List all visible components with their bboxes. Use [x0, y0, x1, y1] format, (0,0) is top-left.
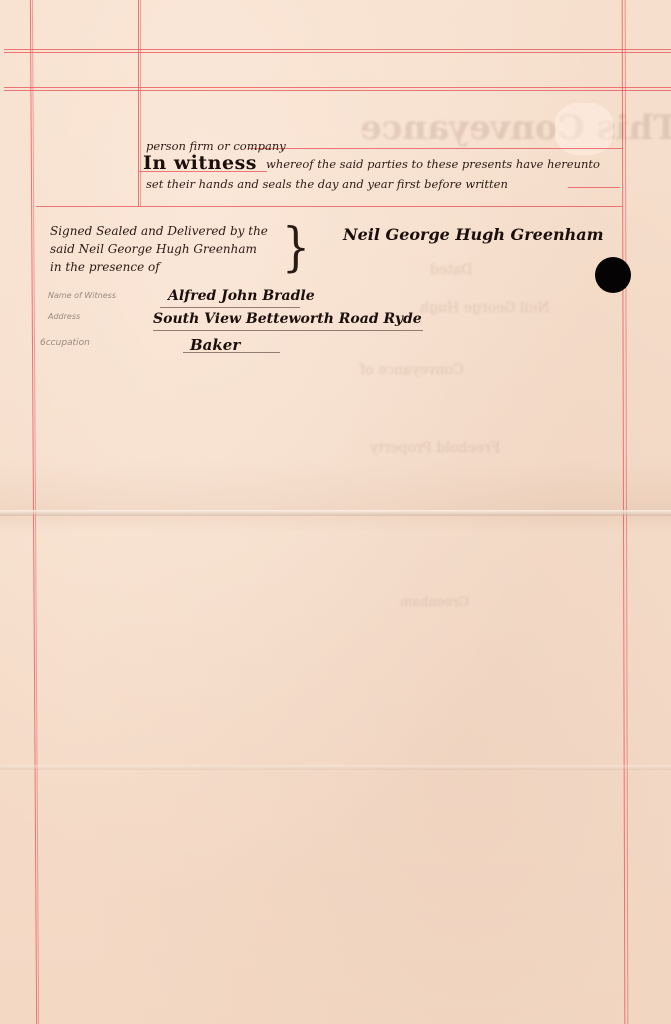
pencil-note-name: Name of Witness [48, 291, 116, 300]
attestation-line-3: in the presence of [50, 260, 160, 274]
paper-fold [0, 510, 671, 516]
pencil-note-address: Address [48, 312, 80, 321]
rule-top-2 [4, 52, 671, 53]
pencil-note-occupation: 6ccupation [40, 338, 90, 348]
attestation-line-1: Signed Sealed and Delivered by the [50, 224, 268, 238]
witness-occupation-underline [183, 352, 280, 353]
rule-top-1 [4, 49, 671, 50]
show-through-line: Freehold Property [370, 440, 500, 456]
in-witness-heading: In witness [143, 152, 257, 174]
witness-address: South View Betteworth Road Ryde [153, 311, 422, 327]
paper-fold-faint [0, 765, 671, 770]
rule-inner-2 [140, 0, 141, 206]
show-through-line: Dated [430, 262, 472, 278]
show-through-line: Neil George Hugh [420, 300, 549, 316]
document-page: This Conveyance Dated Neil George Hugh C… [0, 0, 671, 1024]
clause-line-2: whereof the said parties to these presen… [266, 157, 600, 171]
show-through-line: Conveyance of [360, 362, 464, 378]
rule-top-3 [4, 87, 671, 88]
rule-clause-1 [248, 148, 622, 149]
rule-clause-bottom [36, 206, 622, 207]
witness-name: Alfred John Bradle [168, 288, 315, 304]
clause-line-1: person firm or company [146, 139, 286, 153]
rule-inner [138, 0, 139, 206]
signature: Neil George Hugh Greenham [343, 225, 604, 244]
witness-address-underline [153, 330, 423, 331]
rule-clause-3 [568, 187, 620, 188]
witness-name-underline [160, 307, 300, 308]
show-through-line: Greenham [400, 595, 469, 610]
clause-line-3: set their hands and seals the day and ye… [146, 177, 508, 191]
attestation-line-2: said Neil George Hugh Greenham [50, 242, 257, 256]
punch-hole [595, 257, 631, 293]
attestation-brace: } [282, 217, 310, 278]
rule-top-4 [4, 90, 671, 91]
